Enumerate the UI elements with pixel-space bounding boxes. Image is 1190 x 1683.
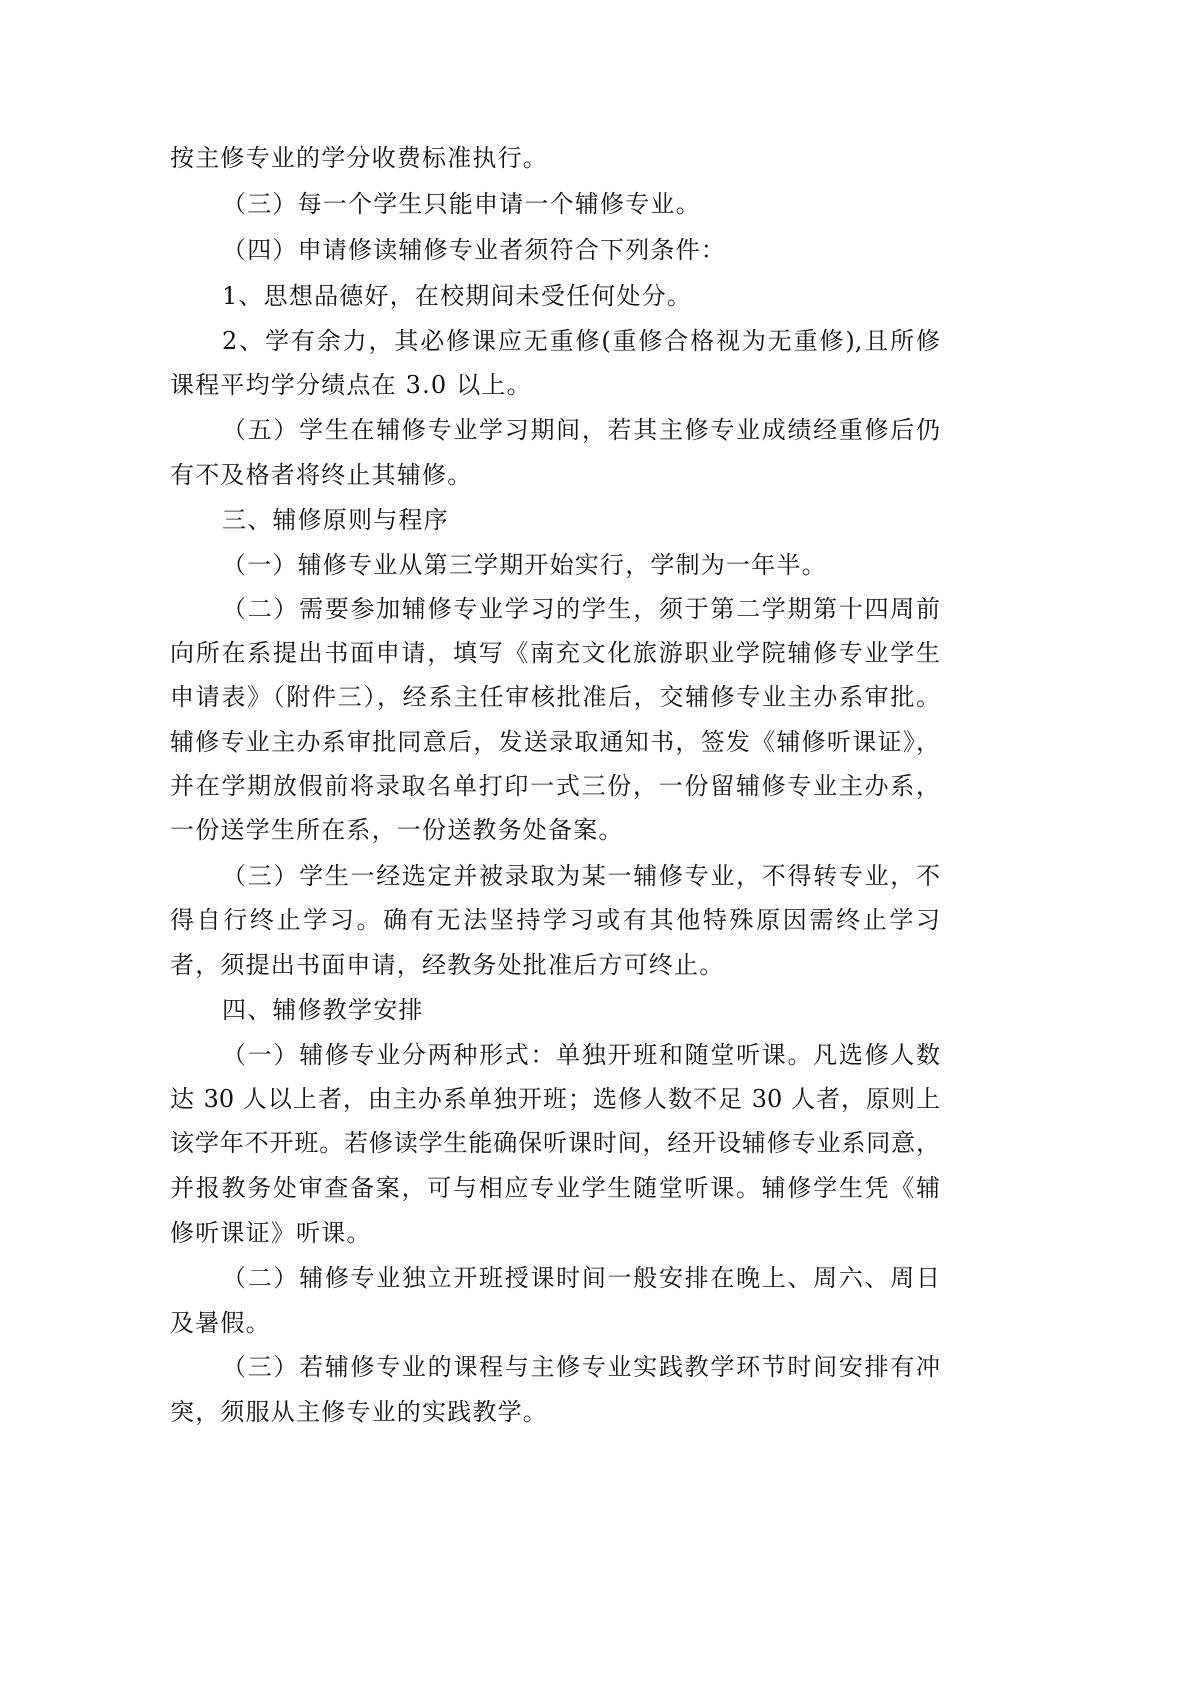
paragraph-line: 有不及格者将终止其辅修。	[170, 460, 472, 490]
paragraph-line: 修听课证》听课。	[170, 1218, 372, 1248]
paragraph-line: （一）辅修专业分两种形式：单独开班和随堂听课。凡选修人数	[222, 1040, 940, 1070]
paragraph-line: 得自行终止学习。确有无法坚持学习或有其他特殊原因需终止学习	[170, 905, 940, 935]
paragraph-line: （三）若辅修专业的课程与主修专业实践教学环节时间安排有冲	[222, 1352, 940, 1382]
paragraph-line: 并在学期放假前将录取名单打印一式三份，一份留辅修专业主办系，	[170, 771, 940, 801]
section-heading: 三、辅修原则与程序	[222, 505, 449, 535]
paragraph-line: （三）每一个学生只能申请一个辅修专业。	[222, 189, 701, 219]
paragraph-line: （二）需要参加辅修专业学习的学生，须于第二学期第十四周前	[222, 594, 940, 624]
paragraph-line: 向所在系提出书面申请，填写《南充文化旅游职业学院辅修专业学生	[170, 638, 940, 668]
paragraph-line: （二）辅修专业独立开班授课时间一般安排在晚上、周六、周日	[222, 1263, 940, 1293]
paragraph-line: 者，须提出书面申请，经教务处批准后方可终止。	[170, 950, 724, 980]
section-heading: 四、辅修教学安排	[222, 995, 424, 1025]
paragraph-line: 及暑假。	[170, 1308, 271, 1338]
paragraph-line: 辅修专业主办系审批同意后，发送录取通知书，签发《辅修听课证》，	[170, 727, 940, 757]
paragraph-line: 达 30 人以上者，由主办系单独开班；选修人数不足 30 人者，原则上	[170, 1084, 940, 1114]
paragraph-line: 2、学有余力，其必修课应无重修(重修合格视为无重修),且所修	[222, 326, 940, 356]
paragraph-line: 1、思想品德好，在校期间未受任何处分。	[222, 281, 692, 311]
paragraph-line: 课程平均学分绩点在 3.0 以上。	[170, 370, 532, 400]
paragraph-line: （一）辅修专业从第三学期开始实行，学制为一年半。	[222, 550, 827, 580]
paragraph-line: 按主修专业的学分收费标准执行。	[170, 143, 548, 173]
paragraph-line: （三）学生一经选定并被录取为某一辅修专业，不得转专业，不	[222, 861, 940, 891]
paragraph-line: （五）学生在辅修专业学习期间，若其主修专业成绩经重修后仍	[222, 415, 940, 445]
paragraph-line: 突，须服从主修专业的实践教学。	[170, 1397, 548, 1427]
paragraph-line: 并报教务处审查备案，可与相应专业学生随堂听课。辅修学生凭《辅	[170, 1173, 940, 1203]
paragraph-line: 申请表》（附件三），经系主任审核批准后，交辅修专业主办系审批。	[170, 682, 940, 712]
paragraph-line: 一份送学生所在系，一份送教务处备案。	[170, 815, 624, 845]
paragraph-line: （四）申请修读辅修专业者须符合下列条件：	[222, 235, 726, 265]
paragraph-line: 该学年不开班。若修读学生能确保听课时间，经开设辅修专业系同意，	[170, 1128, 940, 1158]
document-page: 按主修专业的学分收费标准执行。 （三）每一个学生只能申请一个辅修专业。 （四）申…	[0, 0, 1190, 1683]
